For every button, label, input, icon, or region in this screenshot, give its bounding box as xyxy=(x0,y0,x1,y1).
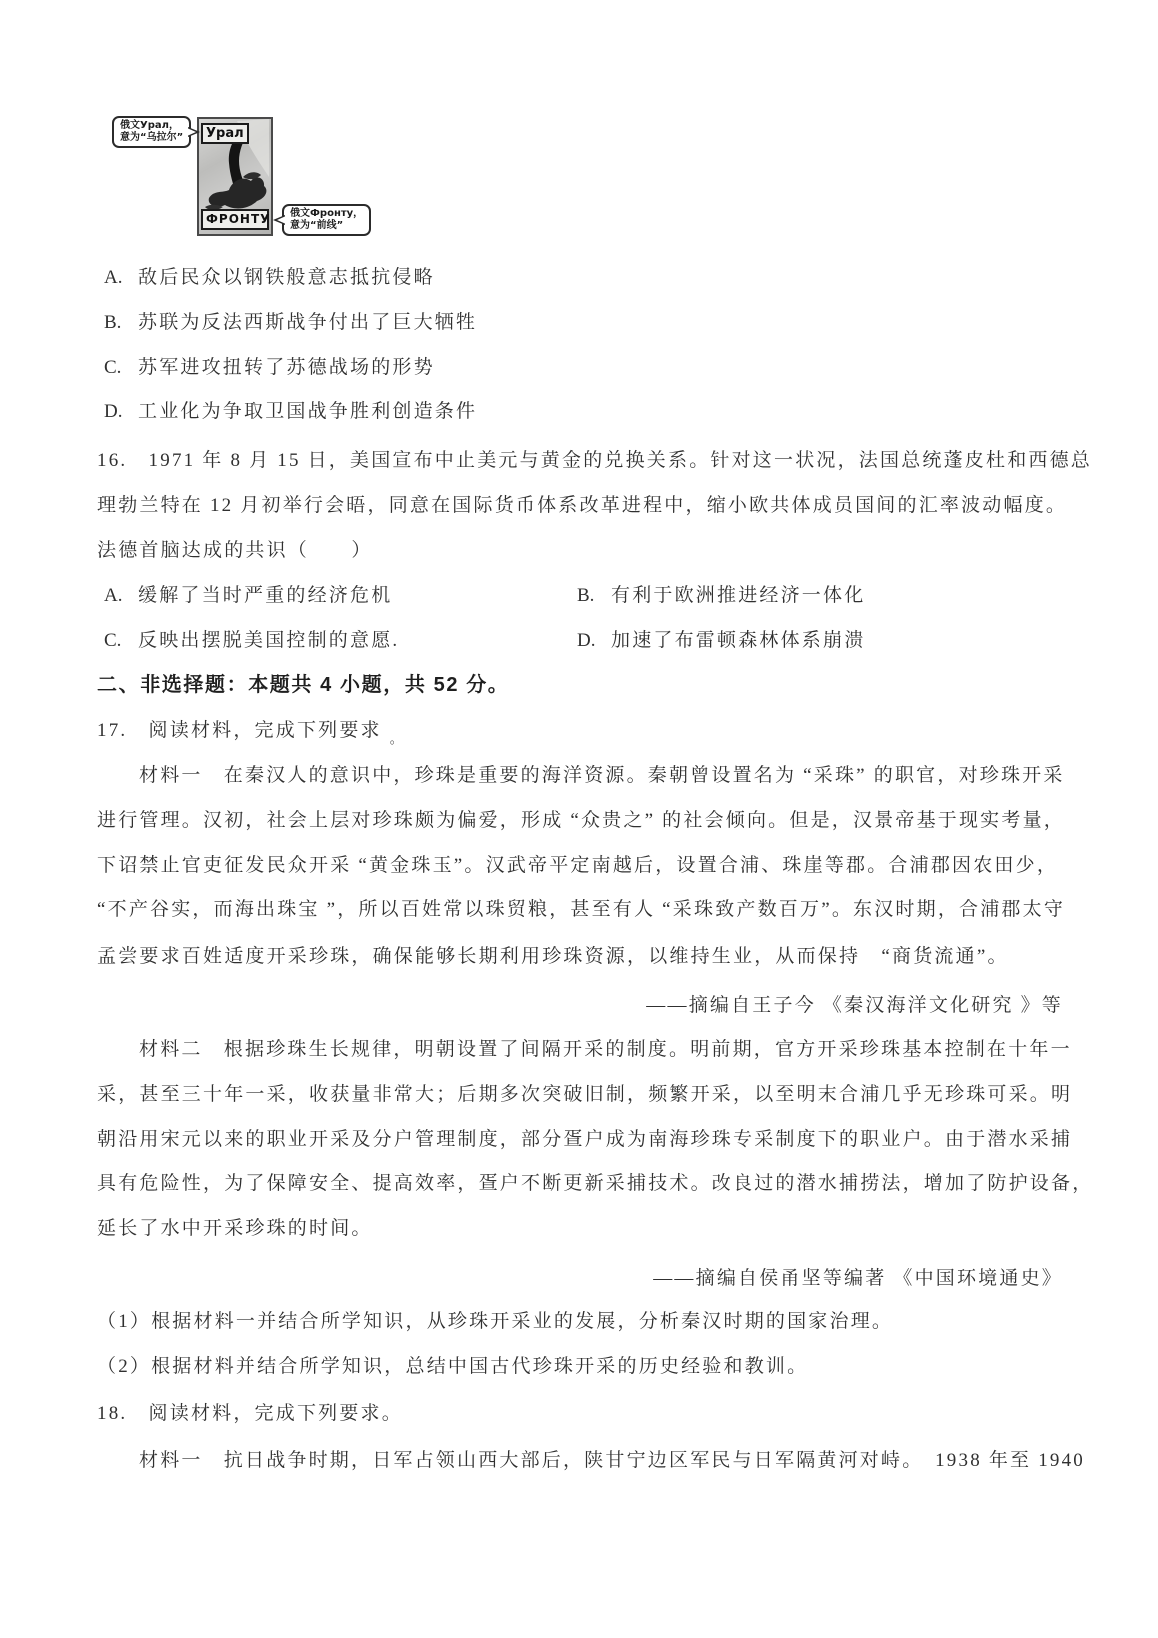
option-text: 有利于欧洲推进经济一体化 xyxy=(611,585,865,606)
section-two-header: 二、非选择题：本题共 4 小题，共 52 分。 xyxy=(97,674,509,696)
option-text: 加速了布雷顿森林体系崩溃 xyxy=(611,630,865,651)
q17-material2-line: 朝沿用宋元以来的职业开采及分户管理制度，部分疍户成为南海珍珠专采制度下的职业户。… xyxy=(97,1129,1072,1151)
q17-material1-line: 材料一 在秦汉人的意识中，珍珠是重要的海洋资源。秦朝曾设置名为 “采珠” 的职官… xyxy=(139,765,1065,787)
q17-material2-line: 采，甚至三十年一采，收获量非常大；后期多次突破旧制，频繁开采，以至明末合浦几乎无… xyxy=(97,1084,1072,1106)
q15-option-d: D.工业化为争取卫国战争胜利创造条件 xyxy=(104,401,477,423)
q17-material2-line: 具有危险性，为了保障安全、提高效率，疍户不断更新采捕技术。改良过的潜水捕捞法，增… xyxy=(97,1173,1093,1195)
q15-option-c: C.苏军进攻扭转了苏德战场的形势 xyxy=(104,357,435,379)
q16-option-d: D.加速了布雷顿森林体系崩溃 xyxy=(577,630,865,652)
exam-page: 俄文Урал， 意为“乌拉尔” Урал ФРОНТУ 俄文Фронту， 意为… xyxy=(0,0,1158,1638)
q17-material1-line: 进行管理。汉初，社会上层对珍珠颇为偏爱，形成 “众贵之” 的社会倾向。但是，汉景… xyxy=(97,810,1065,832)
option-letter: C. xyxy=(104,630,138,652)
option-text: 苏联为反法西斯战争付出了巨大牺牲 xyxy=(138,312,477,333)
q17-material1-source: ——摘编自王子今 《秦汉海洋文化研究 》等 xyxy=(97,995,1063,1017)
q17-sub-question-2: （2）根据材料并结合所学知识，总结中国古代珍珠开采的历史经验和教训。 xyxy=(97,1356,808,1378)
poster-title-ural: Урал xyxy=(201,123,249,144)
q16-stem-line: 16. 1971 年 8 月 15 日，美国宣布中止美元与黄金的兑换关系。针对这… xyxy=(97,450,1092,472)
annotation-bubble-frontu: 俄文Фронту， 意为“前线” xyxy=(282,204,371,236)
q16-option-b: B.有利于欧洲推进经济一体化 xyxy=(577,585,865,607)
q17-material1-line: “不产谷实，而海出珠宝 ”，所以百姓常以珠贸粮，甚至有人 “采珠致产数百万”。东… xyxy=(97,899,1065,921)
option-text: 敌后民众以钢铁般意志抵抗侵略 xyxy=(138,267,435,288)
q17-material2-source: ——摘编自侯甬坚等编著 《中国环境通史》 xyxy=(97,1268,1063,1290)
bubble-text-line: 俄文Фронту， xyxy=(290,208,363,220)
q17-material1-line: 孟尝要求百姓适度开采珍珠，确保能够长期利用珍珠资源，以维持生业，从而保持 “商货… xyxy=(97,946,1009,968)
q17-sub-question-1: （1）根据材料一并结合所学知识，从珍珠开采业的发展，分析秦汉时期的国家治理。 xyxy=(97,1311,893,1333)
option-letter: B. xyxy=(577,585,611,607)
option-text: 缓解了当时严重的经济危机 xyxy=(138,585,392,606)
option-letter: B. xyxy=(104,312,138,334)
q16-option-c: C.反映出摆脱美国控制的意愿. xyxy=(104,630,399,652)
q18-material1-line: 材料一 抗日战争时期，日军占领山西大部后，陕甘宁边区军民与日军隔黄河对峙。 19… xyxy=(139,1450,1085,1472)
q17-intro-period: 。 xyxy=(390,731,403,746)
q18-intro: 18. 阅读材料，完成下列要求。 xyxy=(97,1403,403,1425)
option-letter: A. xyxy=(104,267,138,289)
soviet-poster-image: Урал ФРОНТУ xyxy=(197,117,273,236)
q15-option-b: B.苏联为反法西斯战争付出了巨大牺牲 xyxy=(104,312,477,334)
poster-figure: 俄文Урал， 意为“乌拉尔” Урал ФРОНТУ 俄文Фронту， 意为… xyxy=(90,100,380,252)
option-text: 苏军进攻扭转了苏德战场的形势 xyxy=(138,357,435,378)
option-text: 反映出摆脱美国控制的意愿. xyxy=(138,630,399,651)
annotation-bubble-ural: 俄文Урал， 意为“乌拉尔” xyxy=(112,116,191,148)
option-letter: D. xyxy=(577,630,611,652)
poster-title-frontu: ФРОНТУ xyxy=(201,209,269,230)
option-letter: D. xyxy=(104,401,138,423)
option-letter: C. xyxy=(104,357,138,379)
q16-option-a: A.缓解了当时严重的经济危机 xyxy=(104,585,392,607)
q17-intro: 17. 阅读材料，完成下列要求。 xyxy=(97,720,403,750)
q17-material2-line: 材料二 根据珍珠生长规律，明朝设置了间隔开采的制度。明前期，官方开采珍珠基本控制… xyxy=(139,1039,1072,1061)
q15-option-a: A.敌后民众以钢铁般意志抵抗侵略 xyxy=(104,267,435,289)
q16-stem-line: 法德首脑达成的共识（ ） xyxy=(97,540,373,562)
bubble-text-line: 俄文Урал， xyxy=(120,120,183,132)
bubble-text-line: 意为“前线” xyxy=(290,220,363,232)
q17-intro-text: 17. 阅读材料，完成下列要求 xyxy=(97,720,382,741)
q17-material2-line: 延长了水中开采珍珠的时间。 xyxy=(97,1218,373,1240)
option-text: 工业化为争取卫国战争胜利创造条件 xyxy=(138,401,477,422)
option-letter: A. xyxy=(104,585,138,607)
q16-stem-line: 理勃兰特在 12 月初举行会晤，同意在国际货币体系改革进程中，缩小欧共体成员国间… xyxy=(97,495,1067,517)
bubble-text-line: 意为“乌拉尔” xyxy=(120,132,183,144)
q17-material1-line: 下诏禁止官吏征发民众开采 “黄金珠玉”。汉武帝平定南越后，设置合浦、珠崖等郡。合… xyxy=(97,855,1058,877)
